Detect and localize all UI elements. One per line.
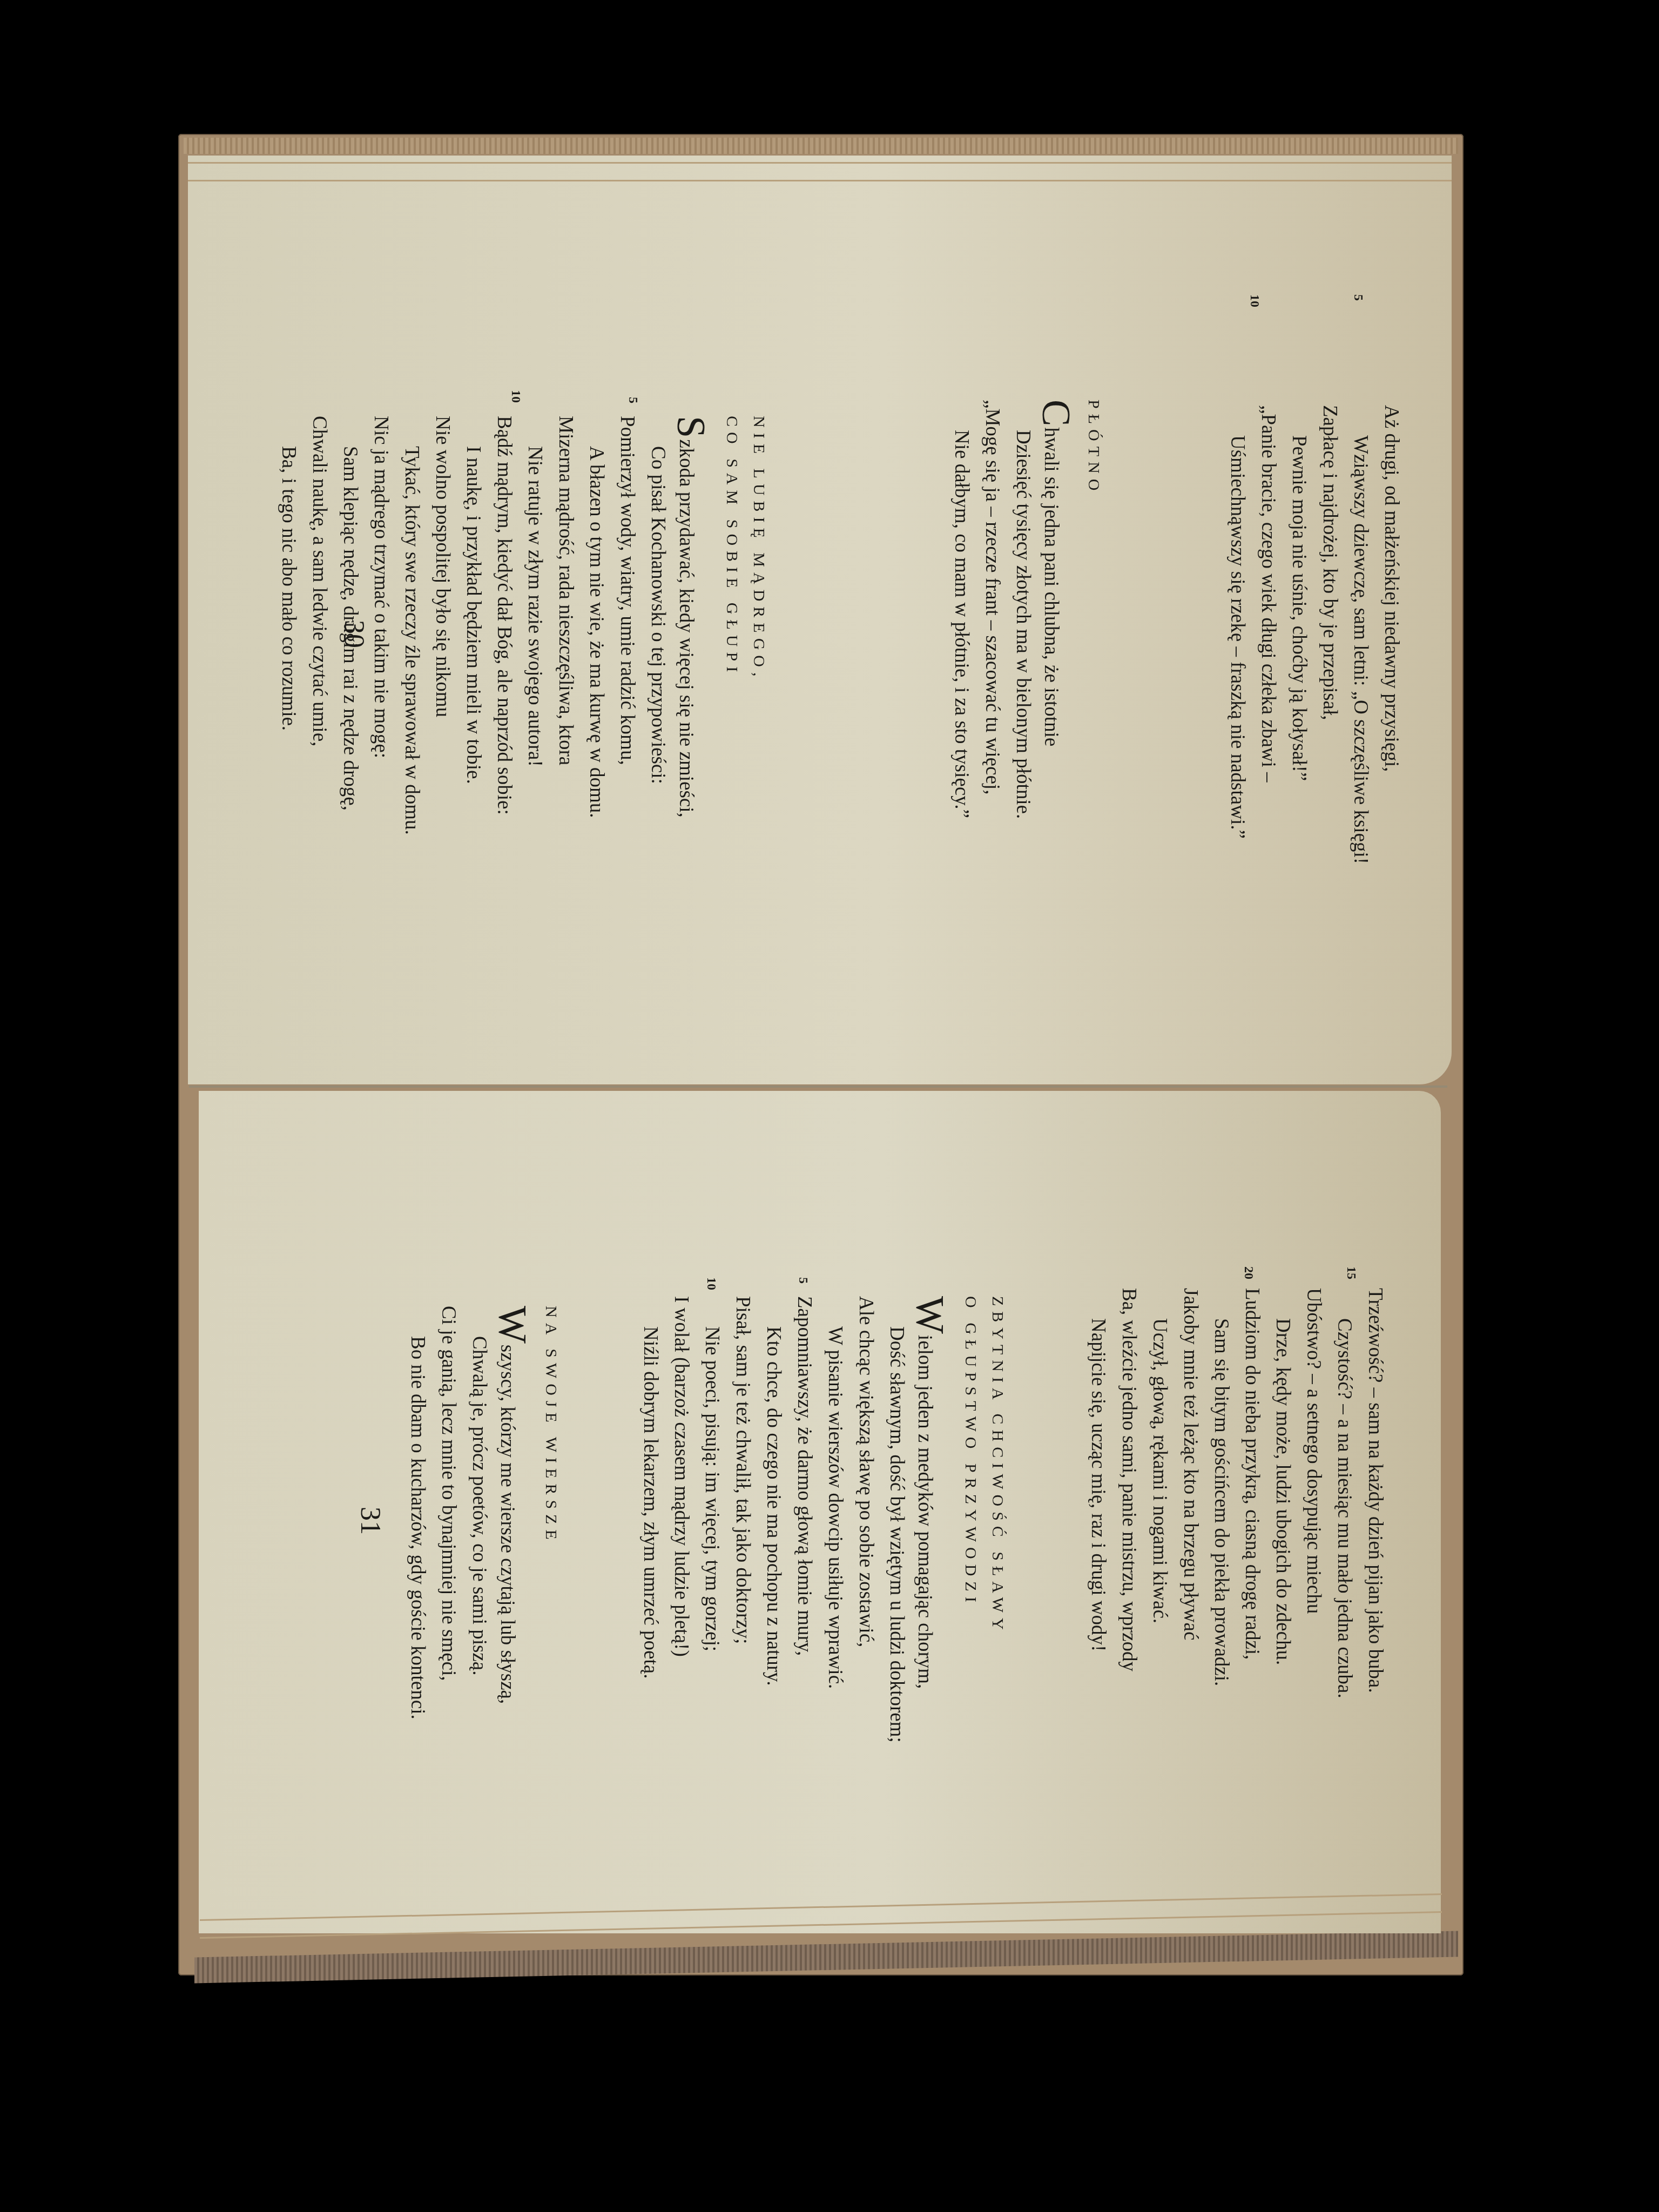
verse-line: Pomierzył wody, wiatry, umie radzić komu… bbox=[612, 416, 643, 835]
verse-line: Ludziom do nieba przykrą, ciasną drogę r… bbox=[1237, 1288, 1267, 1698]
verse-line: hwali się jedna pani chlubna, że istotni… bbox=[1040, 427, 1062, 746]
page-number: 30 bbox=[338, 620, 370, 648]
verse-line: Trzeźwość? – sam na każdy dzień pijan ja… bbox=[1360, 1288, 1391, 1698]
poem-zbytnia-chciwosc-slawy: ZBYTNIA CHCIWOŚĆ SŁAWY O GŁUPSTWO PRZYWO… bbox=[635, 1296, 1011, 1743]
verse-line: Aż drugi, od małżeńskiej niedawny przysi… bbox=[1376, 405, 1407, 864]
verse-line: Chwali naukę, a sam ledwie czytać umie, bbox=[304, 416, 335, 835]
verse-line: Ba, wleźcie jedno sami, panie mistrzu, w… bbox=[1114, 1288, 1144, 1698]
verse-line: Wziąwszy dziewczę, sam letni: „O szczęśl… bbox=[1345, 405, 1376, 864]
poem-title-line2: CO SAM SOBIE GŁUPI bbox=[718, 416, 745, 835]
verse-line: Nie ratuje w złym razie swojego autora! bbox=[520, 416, 550, 835]
verse-line: A błazen o tym nie wie, że ma kurwę w do… bbox=[581, 416, 612, 835]
verse-line: Ba, i tego nic abo mało co rozumie. bbox=[273, 416, 304, 835]
page-stack-top bbox=[188, 162, 1452, 181]
verse-line: I naukę, i przykład będziem mieli w tobi… bbox=[458, 416, 489, 835]
verse-line: Nie dałbym, co mam w płótnie, i za sto t… bbox=[946, 400, 977, 819]
verse-line: Chwalą je, prócz poetów, co je sami pisz… bbox=[464, 1306, 495, 1719]
line-marker: 10 bbox=[704, 1277, 718, 1290]
verse-line: Zapłacę i najdrożej, kto by je przepisał… bbox=[1314, 405, 1345, 864]
line-marker: 15 bbox=[1344, 1266, 1358, 1279]
verse-line: Co pisał Kochanowski o tej przypowieści: bbox=[643, 416, 673, 835]
verse-line: I wolał (barzoż czasem mądrzy ludzie ple… bbox=[666, 1296, 697, 1743]
line-marker: 10 bbox=[1247, 294, 1262, 307]
poem-title: PŁÓTNO bbox=[1080, 400, 1107, 819]
verse-line: Drze, kędy może, ludzi ubogich do zdechu… bbox=[1267, 1288, 1298, 1698]
verse-line: Niźli dobrym lekarzem, złym umrzeć poetą… bbox=[635, 1296, 666, 1743]
verse-line: Tykać, który swe rzeczy źle sprawował w … bbox=[396, 416, 427, 835]
page-number: 31 bbox=[354, 1507, 386, 1535]
drop-cap: C bbox=[1034, 400, 1078, 426]
cover-edge-top bbox=[184, 138, 1458, 154]
line-marker: 20 bbox=[1241, 1266, 1256, 1279]
poem-title-line2: O GŁUPSTWO PRZYWODZI bbox=[957, 1296, 984, 1743]
verse-line: Ubóstwo? – a setnego dosypując miechu bbox=[1298, 1288, 1329, 1698]
verse-line: Zapomniawszy, że darmo głową łomie mury, bbox=[789, 1296, 820, 1743]
verse-line: „Panie bracie, czego wiek długi człeka z… bbox=[1253, 405, 1284, 864]
drop-cap: S bbox=[669, 416, 713, 438]
verse-line: Sam się bitym gościńcem do piekła prowad… bbox=[1206, 1288, 1237, 1698]
verse-line: Czystość? – a na miesiąc mu mało jedna c… bbox=[1329, 1288, 1360, 1698]
verse-line: Ale chcąc większą sławę po sobie zostawi… bbox=[851, 1296, 881, 1743]
verse-line: Dość sławnym, dość był wziętym u ludzi d… bbox=[881, 1296, 912, 1743]
line-marker: 5 bbox=[795, 1277, 810, 1284]
poem-plotno: PŁÓTNO Chwali się jedna pani chlubna, że… bbox=[946, 400, 1107, 819]
poem-title: NA SWOJE WIERSZE bbox=[537, 1306, 564, 1719]
verse-line: Jakoby mnie też leżąc kto na brzegu pływ… bbox=[1175, 1288, 1206, 1698]
verse-line: Uśmiechnąwszy się rzekę – fraszką nie na… bbox=[1222, 405, 1253, 864]
line-marker: 5 bbox=[1351, 294, 1365, 301]
verse-line: zkoda przydawać, kiedy więcej się nie zm… bbox=[675, 439, 697, 818]
poem-na-swoje-wiersze: NA SWOJE WIERSZE Wszyscy, którzy me wier… bbox=[402, 1306, 564, 1719]
verse-line: W pisanie wierszów dowcip usiłuje wprawi… bbox=[820, 1296, 851, 1743]
verse-line: Nie wolno pospolitej było się nikomu bbox=[427, 416, 458, 835]
drop-cap: W bbox=[490, 1306, 534, 1344]
book-gutter bbox=[189, 1085, 1447, 1088]
verse-line: Uczył, głową, rękami i nogami kiwać. bbox=[1144, 1288, 1175, 1698]
verse-line: Bądź mądrym, kiedyć dał Bóg, ale naprzód… bbox=[489, 416, 520, 835]
page30-continuation: Aż drugi, od małżeńskiej niedawny przysi… bbox=[1222, 405, 1407, 864]
poem-title-line1: ZBYTNIA CHCIWOŚĆ SŁAWY bbox=[984, 1296, 1011, 1743]
verse-line: Nie poeci, pisują: im więcej, tym gorzej… bbox=[697, 1296, 727, 1743]
verse-line: Ci je ganią, lecz mnie to bynajmniej nie… bbox=[433, 1306, 464, 1719]
verse-line: Mizerna mądrość, rada nieszczęśliwa, kto… bbox=[550, 416, 581, 835]
verse-line: szyscy, którzy me wiersze czytają lub sł… bbox=[496, 1345, 518, 1704]
verse-line: Nic ja mądrego trzymać o takim nie mogę: bbox=[366, 416, 396, 835]
verse-line: ielom jeden z medyków pomagając chorym, bbox=[914, 1335, 936, 1689]
line-marker: 10 bbox=[508, 390, 523, 403]
verse-line: „Mogę się ja – rzecze frant – szacować t… bbox=[977, 400, 1008, 819]
poem-title-line1: NIE LUBIĘ MĄDREGO, bbox=[745, 416, 772, 835]
verse-line: Bo nie dbam o kucharzów, gdy goście kont… bbox=[402, 1306, 433, 1719]
verse-line: Pisał, sam je też chwalił, tak jako dokt… bbox=[727, 1296, 758, 1743]
verse-line: Napijcie się, ucząc mię, raz i drugi wod… bbox=[1083, 1288, 1114, 1698]
line-marker: 5 bbox=[625, 397, 640, 403]
drop-cap: W bbox=[907, 1296, 952, 1334]
verse-line: Pewnie moja nie uśnie, choćby ją kołysał… bbox=[1284, 405, 1314, 864]
verse-line: Dziesięć tysięcy złotych ma w bielonym p… bbox=[1008, 400, 1038, 819]
verse-line: Kto chce, do czego nie ma pochopu z natu… bbox=[758, 1296, 789, 1743]
page31-continuation: Trzeźwość? – sam na każdy dzień pijan ja… bbox=[1083, 1288, 1391, 1698]
